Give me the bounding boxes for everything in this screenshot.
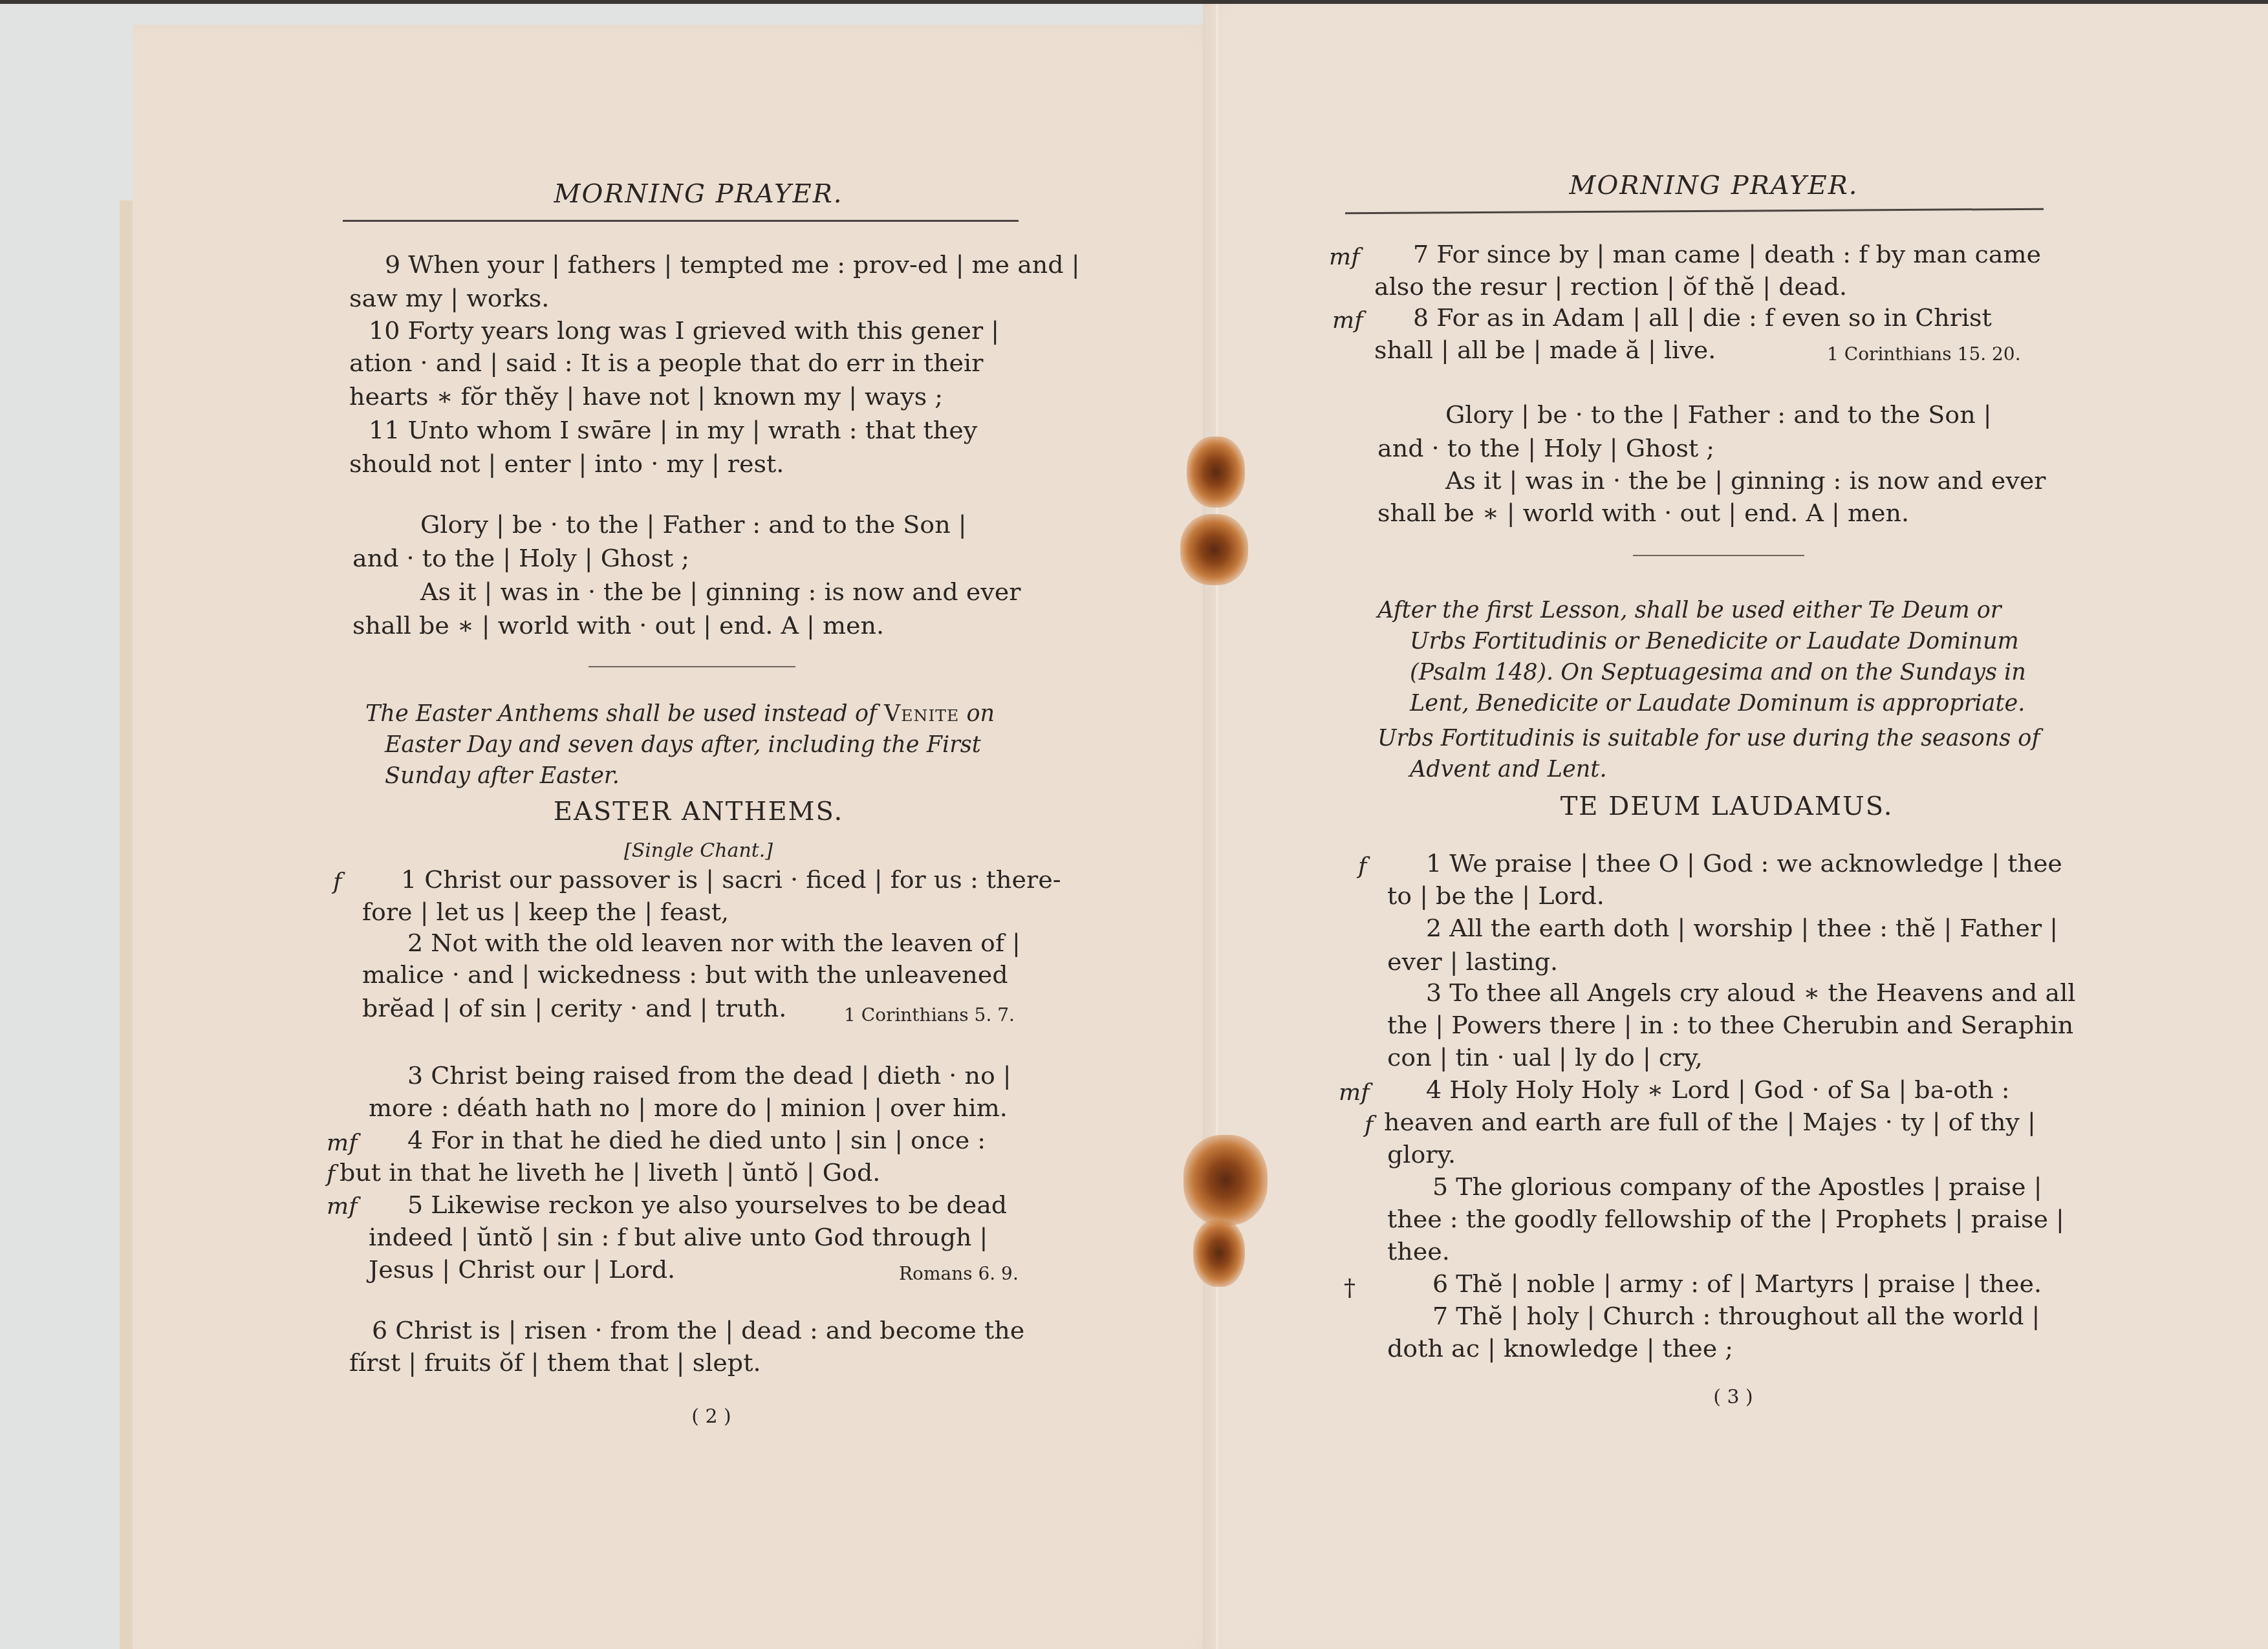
- dynamic-marking: mf: [327, 1190, 357, 1223]
- verse-line: ation · and | said : It is a people that…: [349, 347, 983, 380]
- verse-line: 4 For in that he died he died unto | sin…: [407, 1124, 986, 1157]
- verse-line: saw my | works.: [349, 282, 549, 315]
- verse-line: 5 The glorious company of the Apostles |…: [1432, 1170, 2042, 1203]
- page-number: ( 3 ): [1669, 1381, 1798, 1414]
- verse-line: hearts ∗ fŏr thĕy | have not | known my …: [349, 380, 943, 413]
- book-spine: [1216, 4, 1218, 1649]
- dynamic-marking: f: [1358, 850, 1366, 883]
- gloria-line: and · to the | Holy | Ghost ;: [352, 542, 689, 575]
- header-rule: [343, 220, 1019, 222]
- gloria-line: shall be ∗ | world with · out | end. A |…: [352, 609, 884, 642]
- rubric: The Easter Anthems shall be used instead…: [365, 698, 1038, 792]
- verse-line: glory.: [1387, 1138, 1456, 1171]
- verse-line: malice · and | wickedness : but with the…: [362, 958, 1008, 991]
- verse-line: 5 Likewise reckon ye also yourselves to …: [407, 1189, 1007, 1222]
- verse-line: also the resur | rection | ŏf thĕ | dead…: [1374, 270, 1847, 303]
- gloria-line: As it | was in · the be | ginning : is n…: [420, 576, 1021, 609]
- section-subtitle: [Single Chant.]: [343, 834, 1054, 867]
- verse-line: con | tin · ual | ly do | cry,: [1387, 1041, 1703, 1074]
- section-divider: [589, 666, 795, 667]
- verse-line: to | be the | Lord.: [1387, 879, 1604, 912]
- dynamic-marking: f: [327, 1158, 335, 1191]
- scripture-reference: 1 Corinthians 5. 7.: [844, 998, 1015, 1031]
- staple-rust-mark: [1180, 514, 1248, 585]
- staple-rust-mark: [1187, 436, 1245, 508]
- dynamic-marking: f: [333, 865, 341, 898]
- dagger-mark: †: [1344, 1271, 1355, 1304]
- verse-line: 1 Christ our passover is | sacri · ficed…: [401, 863, 1061, 896]
- verse-line: 9 When your | fathers | tempted me : pro…: [385, 248, 1080, 281]
- verse-line: 6 Christ is | risen · from the | dead : …: [372, 1314, 1024, 1347]
- scripture-reference: Romans 6. 9.: [899, 1257, 1019, 1290]
- dynamic-marking: f: [1365, 1108, 1373, 1141]
- running-header: MORNING PRAYER.: [343, 178, 1054, 211]
- gloria-line: and · to the | Holy | Ghost ;: [1377, 432, 1714, 465]
- section-title: EASTER ANTHEMS.: [343, 795, 1054, 828]
- dynamic-marking: mf: [327, 1126, 357, 1159]
- verse-line: fírst | fruits ŏf | them that | slept.: [349, 1346, 761, 1379]
- verse-line: 8 For as in Adam | all | die : f even so…: [1413, 301, 1992, 334]
- verse-line: the | Powers there | in : to thee Cherub…: [1387, 1009, 2073, 1042]
- verse-line: indeed | ŭntŏ | sin : f but alive unto G…: [369, 1221, 988, 1254]
- verse-line: thee.: [1387, 1235, 1450, 1268]
- page-number: ( 2 ): [647, 1400, 776, 1433]
- dynamic-marking: mf: [1339, 1076, 1369, 1109]
- verse-line: doth ac | knowledge | thee ;: [1387, 1332, 1733, 1365]
- verse-line: 7 Thĕ | holy | Church : throughout all t…: [1432, 1300, 2040, 1333]
- verse-line: but in that he liveth he | liveth | ŭntŏ…: [340, 1156, 880, 1189]
- verse-line: more : déath hath no | more do | minion …: [369, 1092, 1008, 1125]
- verse-line: heaven and earth are full of the | Majes…: [1384, 1106, 2036, 1139]
- dynamic-marking: mf: [1332, 304, 1363, 337]
- verse-line: 3 To thee all Angels cry aloud ∗ the Hea…: [1426, 976, 2075, 1009]
- verse-line: fore | let us | keep the | feast,: [362, 896, 729, 929]
- verse-line: 1 We praise | thee O | God : we acknowle…: [1426, 847, 2062, 880]
- section-divider: [1633, 555, 1804, 556]
- scripture-reference: 1 Corinthians 15. 20.: [1827, 338, 2021, 371]
- staple-rust-mark: [1183, 1135, 1268, 1225]
- gloria-line: Glory | be · to the | Father : and to th…: [1445, 398, 1992, 431]
- staple-rust-mark: [1193, 1219, 1245, 1287]
- gloria-line: Glory | be · to the | Father : and to th…: [420, 508, 967, 541]
- verse-line: 7 For since by | man came | death : f by…: [1413, 238, 2041, 271]
- dynamic-marking: mf: [1329, 241, 1359, 274]
- verse-line: ever | lasting.: [1387, 945, 1558, 978]
- gloria-line: shall be ∗ | world with · out | end. A |…: [1377, 497, 1909, 530]
- verse-line: 3 Christ being raised from the dead | di…: [407, 1059, 1011, 1092]
- verse-line: 10 Forty years long was I grieved with t…: [369, 314, 999, 347]
- verse-line: 11 Unto whom I swāre | in my | wrath : t…: [369, 414, 977, 447]
- verse-line: shall | all be | made ă | live.: [1374, 334, 1716, 367]
- verse-line: brĕad | of sin | cerity · and | truth.: [362, 992, 786, 1025]
- verse-line: should not | enter | into · my | rest.: [349, 447, 784, 480]
- verse-line: 2 Not with the old leaven nor with the l…: [407, 927, 1021, 960]
- verse-line: Jesus | Christ our | Lord.: [369, 1253, 675, 1286]
- rubric: After the first Lesson, shall be used ei…: [1377, 595, 2076, 785]
- gloria-line: As it | was in · the be | ginning : is n…: [1445, 464, 2046, 497]
- verse-line: 2 All the earth doth | worship | thee : …: [1426, 912, 2058, 945]
- verse-line: 6 Thĕ | noble | army : of | Martyrs | pr…: [1432, 1267, 2042, 1300]
- section-title: TE DEUM LAUDAMUS.: [1377, 790, 2076, 823]
- verse-line: 4 Holy Holy Holy ∗ Lord | God · of Sa | …: [1426, 1073, 2010, 1106]
- running-header: MORNING PRAYER.: [1352, 169, 2076, 202]
- verse-line: thee : the goodly fellowship of the | Pr…: [1387, 1203, 2064, 1236]
